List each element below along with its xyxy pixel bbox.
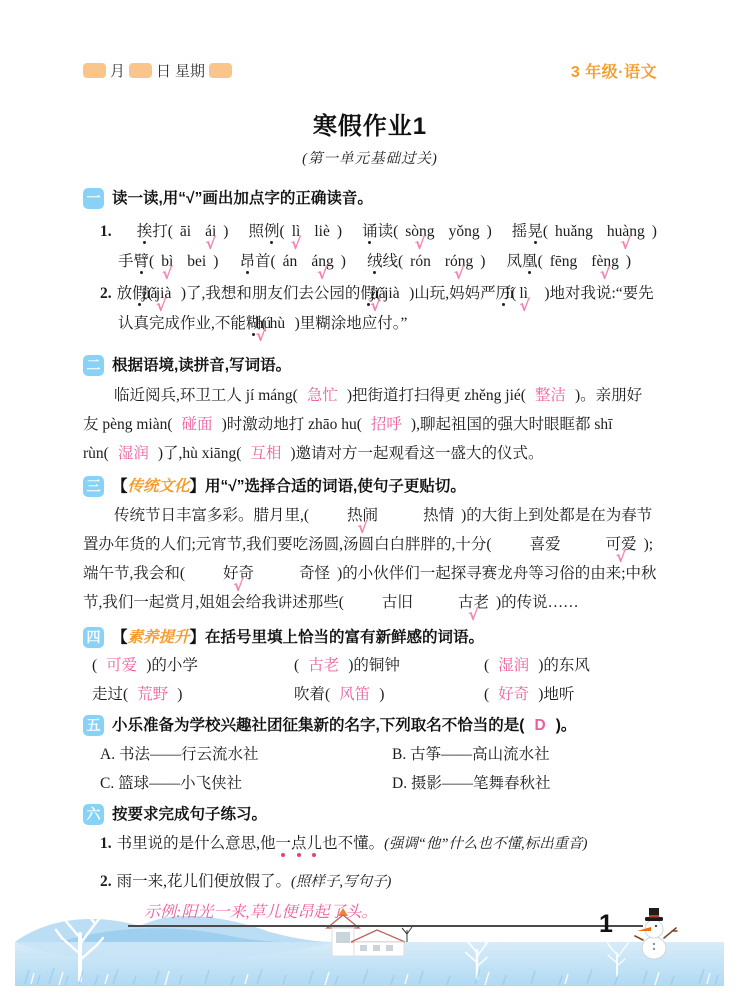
word-text: 摇 [512, 223, 528, 240]
section-5: 五 小乐准备为学校兴趣社团征集新的名字,下列取名不恰当的是(D)。 A. 书法—… [83, 715, 657, 798]
section-2-body: 临近阅兵,环卫工人 jí máng(急忙)把街道打扫得更 zhěng jié(整… [83, 381, 657, 468]
word-dotted-char: 绒 [367, 253, 383, 270]
pinyin: bì [161, 253, 173, 270]
section-5-heading: 小乐准备为学校兴趣社团征集新的名字,下列取名不恰当的是(D)。 [112, 715, 576, 736]
word-option: 热闹√ [316, 501, 378, 530]
option-word: 热闹 [347, 507, 378, 524]
option-word: 可爱 [606, 536, 637, 553]
answer-text: 湿润 [498, 657, 529, 674]
pinyin: fèng [591, 253, 619, 270]
pinyin: áng [311, 253, 333, 270]
section-1-body: 1. 挨打(āiái√) 照例(lì√liè) 诵读(sòng√yǒng) 摇晃… [83, 217, 657, 339]
word-text: 首 [255, 253, 271, 270]
word-item: 手臂(bì√bei) [118, 247, 218, 277]
section-2: 二 根据语境,读拼音,写词语。 临近阅兵,环卫工人 jí máng(急忙)把街道… [83, 355, 657, 468]
section-3: 三 【传统文化】用“√”选择合适的词语,使句子更贴切。 传统节日丰富多彩。腊月里… [83, 476, 657, 617]
section-3-header: 三 【传统文化】用“√”选择合适的词语,使句子更贴切。 [83, 476, 657, 497]
pinyin-option: āi [180, 217, 191, 247]
paren: ) [223, 223, 228, 240]
pinyin: lì [292, 223, 301, 240]
word-option: 可爱√ [575, 530, 637, 559]
paren: ( [280, 223, 285, 240]
word-option: 热情 [392, 501, 454, 530]
option-item: C. 篮球——小飞侠社 [100, 769, 392, 798]
paren: ) [626, 253, 631, 270]
bracket: 【 [112, 629, 128, 646]
section-4-body: (可爱)的小学 (古老)的铜钟 (湿润)的东风 走过(荒野) 吹着(风笛) (好… [83, 651, 657, 709]
worksheet-title: 寒假作业1 [83, 106, 657, 141]
pinyin: lì [519, 285, 528, 302]
option-word: 好奇 [223, 565, 254, 582]
section-5-badge: 五 [83, 715, 104, 736]
body-text: )把街道打扫得更 zhěng jié( [347, 387, 526, 404]
instruction-note: (强调“他”什么也不懂,标出重音) [384, 836, 587, 852]
emphasized-char: 点 [291, 835, 307, 852]
fill-blank-item: 走过(荒野) [92, 680, 294, 709]
worksheet-page: 月 日 星期 3 年级·语文 寒假作业1 (第一单元基础过关) 一 读一读,用“… [0, 0, 739, 999]
heading-text: 小乐准备为学校兴趣社团征集新的名字,下列取名不恰当的是( [112, 717, 524, 734]
fill-blank-item: 吹着(风笛) [294, 680, 484, 709]
word-dotted-char: 晃 [527, 223, 543, 240]
pinyin-option: huàng√ [607, 217, 645, 247]
option-word: 奇怪 [299, 565, 330, 582]
word-dotted-char: 挨 [137, 223, 153, 240]
item-number: 2. [100, 873, 112, 890]
answer-text: 整洁 [535, 387, 566, 404]
sentence-text: 放 [117, 285, 133, 302]
grade-subject-label: 3 年级·语文 [571, 59, 657, 82]
sentence-text: 了,我想和朋友们去公园的 [186, 285, 360, 302]
answer-text: 急忙 [307, 387, 338, 404]
snowman-hat-band [649, 915, 659, 918]
word-item: 挨打(āiái√) [137, 217, 229, 247]
emphasized-char: 儿 [307, 835, 323, 852]
house-roof [351, 930, 405, 942]
section-3-tag: 传统文化 [128, 478, 190, 495]
option-item: D. 摄影——笔舞春秋社 [392, 769, 657, 798]
answer-line: 示例:阳光一来,草儿便昂起了头。 [128, 900, 643, 927]
item-number: 1. [100, 835, 112, 852]
week-label: 星期 [175, 60, 205, 81]
option-word: 喜爱 [530, 536, 561, 553]
pinyin: huǎng [555, 223, 593, 240]
section-4-badge: 四 [83, 627, 104, 648]
paren: ) [337, 223, 342, 240]
section-5-header: 五 小乐准备为学校兴趣社团征集新的名字,下列取名不恰当的是(D)。 [83, 715, 657, 736]
section-4: 四 【素养提升】在括号里填上恰当的富有新鲜感的词语。 (可爱)的小学 (古老)的… [83, 627, 657, 709]
bracket: 】 [190, 629, 206, 646]
pinyin-option: fēng [550, 247, 578, 277]
word-option: 喜爱 [499, 530, 561, 559]
emphasized-char: 一 [276, 835, 292, 852]
pinyin: lí [505, 285, 514, 302]
paren: ( [168, 223, 173, 240]
word-item: 摇晃(huǎnghuàng√) [512, 217, 657, 247]
paren: ) [213, 253, 218, 270]
paren: ( [149, 253, 154, 270]
heading-text: 在括号里填上恰当的富有新鲜感的词语。 [205, 629, 484, 646]
exercise-item-1: 1.书里说的是什么意思,他一点儿也不懂。(强调“他”什么也不懂,标出重音) [100, 829, 657, 859]
snowman-arm-right [664, 928, 677, 938]
word-item: 诵读(sòng√yǒng) [362, 217, 492, 247]
body-text: )了,hù xiāng( [158, 445, 242, 462]
word-text: 打 [152, 223, 168, 240]
sentence-text: 里糊涂地应付。” [300, 315, 408, 332]
body-text: 临近阅兵,环卫工人 jí máng( [114, 387, 298, 404]
pinyin: āi [180, 223, 191, 240]
day-blank [129, 63, 152, 78]
word-option: 古旧 [351, 588, 413, 617]
pinyin-option: áng√ [311, 247, 333, 277]
word-dotted-char: 臂 [134, 253, 150, 270]
section-6-header: 六 按要求完成句子练习。 [83, 804, 657, 825]
paren: ( [538, 253, 543, 270]
paren: ) [487, 223, 492, 240]
section-3-body: 传统节日丰富多彩。腊月里,(热闹√热情)的大街上到处都是在为春节置办年货的人们;… [83, 501, 657, 617]
word-text: 读 [378, 223, 394, 240]
instruction-note: (照样子,写句子) [291, 874, 391, 890]
pinyin: rón [410, 253, 431, 270]
section-3-heading: 【传统文化】用“√”选择合适的词语,使句子更贴切。 [112, 476, 466, 497]
body-text: )时激动地打 zhāo hu( [222, 416, 362, 433]
answer-text: 招呼 [371, 416, 402, 433]
pinyin-option: bei [187, 247, 206, 277]
word-option: 古老√ [427, 588, 489, 617]
cell-text: )的小学 [146, 657, 198, 674]
option-item: B. 古筝——高山流水社 [392, 740, 657, 769]
pinyin-option: huǎng [555, 217, 593, 247]
worksheet-subtitle: (第一单元基础过关) [83, 147, 657, 168]
pinyin-option: yǒng [449, 217, 480, 247]
month-label: 月 [110, 60, 125, 81]
section-6-body: 1.书里说的是什么意思,他一点儿也不懂。(强调“他”什么也不懂,标出重音) 2.… [83, 829, 657, 897]
pinyin-option: rón [410, 247, 431, 277]
pinyin: ái [205, 223, 216, 240]
pinyin: fēng [550, 253, 578, 270]
body-text: )邀请对方一起观看这一盛大的仪式。 [290, 445, 543, 462]
cell-text: 走过( [92, 686, 128, 703]
paren: ( [393, 223, 398, 240]
section-2-heading: 根据语境,读拼音,写词语。 [112, 355, 291, 376]
pinyin-option: sòng√ [405, 217, 434, 247]
cell-text: ( [484, 657, 489, 674]
section-6-badge: 六 [83, 804, 104, 825]
word-dotted-char: 诵 [362, 223, 378, 240]
section-1-badge: 一 [83, 188, 104, 209]
snowman [633, 906, 681, 960]
item-number: 1. [100, 217, 112, 247]
option-word: 古旧 [382, 594, 413, 611]
month-blank [83, 63, 106, 78]
page-number: 1 [599, 910, 613, 939]
answer-text: 碰面 [182, 416, 213, 433]
page-header: 月 日 星期 3 年级·语文 [83, 60, 657, 80]
section-5-options: A. 书法——行云流水社 B. 古筝——高山流水社 C. 篮球——小飞侠社 D.… [83, 740, 657, 798]
pinyin: hù [270, 315, 286, 332]
word-item: 昂首(ánáng√) [239, 247, 345, 277]
answer-letter: D [534, 717, 545, 734]
pinyin-option: fèng√ [591, 247, 619, 277]
word-item: 凤凰(fēngfèng√) [507, 247, 631, 277]
paren: ( [398, 253, 403, 270]
paren: ) [341, 253, 346, 270]
steeple-window [336, 932, 350, 943]
word-dotted-char: 例 [264, 223, 280, 240]
pinyin: án [283, 253, 298, 270]
body-text: )的传说…… [496, 594, 579, 611]
body-text: 传统节日丰富多彩。腊月里,( [114, 507, 309, 524]
word-dotted-char: 昂 [239, 253, 255, 270]
pinyin-option: lì√ [292, 217, 301, 247]
answer-text: 荒野 [137, 686, 168, 703]
paren: ( [543, 223, 548, 240]
word-text: 手 [118, 253, 134, 270]
pinyin: róng [445, 253, 473, 270]
word-item: 绒线(rónróng√) [367, 247, 485, 277]
snowman-arm-left [635, 936, 643, 940]
word-item: 照例(lì√liè) [249, 217, 343, 247]
word-row-1: 1. 挨打(āiái√) 照例(lì√liè) 诵读(sòng√yǒng) 摇晃… [100, 217, 657, 247]
word-text: 照 [249, 223, 265, 240]
section-1-heading: 读一读,用“√”画出加点字的正确读音。 [112, 188, 373, 209]
answer-text: 风笛 [339, 686, 370, 703]
sentence-text: 书里说的是什么意思,他 [117, 835, 276, 852]
cell-text: 吹着( [294, 686, 330, 703]
cell-text: ) [177, 686, 182, 703]
pinyin: sòng [405, 223, 434, 240]
word-option: 好奇√ [192, 559, 254, 588]
section-6: 六 按要求完成句子练习。 1.书里说的是什么意思,他一点儿也不懂。(强调“他”什… [83, 804, 657, 927]
paren: ( [271, 253, 276, 270]
fill-blank-item: (好奇)地听 [484, 680, 657, 709]
answer-text: 互相 [250, 445, 281, 462]
fill-blank-item: (湿润)的东风 [484, 651, 657, 680]
cell-text: ( [484, 686, 489, 703]
item-number: 2. [100, 285, 112, 302]
option-item: A. 书法——行云流水社 [100, 740, 392, 769]
bracket: 【 [112, 478, 128, 495]
section-4-header: 四 【素养提升】在括号里填上恰当的富有新鲜感的词语。 [83, 627, 657, 648]
pinyin: bei [187, 253, 206, 270]
day-label: 日 [156, 60, 171, 81]
cell-text: ( [294, 657, 299, 674]
section-3-badge: 三 [83, 476, 104, 497]
worksheet-content: 月 日 星期 3 年级·语文 寒假作业1 (第一单元基础过关) 一 读一读,用“… [83, 60, 657, 927]
word-dotted-char: 凰 [522, 253, 538, 270]
word-text: 凤 [507, 253, 523, 270]
word-option: 奇怪 [268, 559, 330, 588]
cell-text: )的东风 [538, 657, 590, 674]
answer-text: 示例:阳光一来,草儿便昂起了头。 [144, 904, 377, 921]
section-6-heading: 按要求完成句子练习。 [112, 804, 267, 825]
sentence-text: 雨一来,花儿们便放假了。 [117, 873, 291, 890]
sentence-item: 2.放假(jiǎjià√)了,我想和朋友们去公园的假(jiǎ√jià)山玩,妈妈… [100, 279, 657, 339]
section-2-header: 二 根据语境,读拼音,写词语。 [83, 355, 657, 376]
pinyin-option: án [283, 247, 298, 277]
pinyin-option: liè [314, 217, 330, 247]
pinyin-option: ái√ [205, 217, 216, 247]
answer-text: 古老 [308, 657, 339, 674]
section-4-heading: 【素养提升】在括号里填上恰当的富有新鲜感的词语。 [112, 627, 484, 648]
section-1: 一 读一读,用“√”画出加点字的正确读音。 1. 挨打(āiái√) 照例(lì… [83, 188, 657, 339]
answer-text: 湿润 [118, 445, 149, 462]
section-1-header: 一 读一读,用“√”画出加点字的正确读音。 [83, 188, 657, 209]
paren: ) [480, 253, 485, 270]
sentence-text: 山玩,妈妈严 [414, 285, 495, 302]
pinyin: liè [314, 223, 330, 240]
word-text: 线 [382, 253, 398, 270]
heading-text: )。 [556, 717, 577, 734]
house-tree-twig [402, 927, 412, 942]
pinyin: jià [156, 285, 172, 302]
word-row-2: 手臂(bì√bei) 昂首(ánáng√) 绒线(rónróng√) 凤凰(fē… [100, 247, 657, 277]
cell-text: ) [379, 686, 384, 703]
answer-text: 好奇 [498, 686, 529, 703]
answer-text: 可爱 [106, 657, 137, 674]
pinyin: huàng [607, 223, 645, 240]
fill-blank-item: (可爱)的小学 [92, 651, 294, 680]
heading-text: 用“√”选择合适的词语,使句子更贴切。 [205, 478, 466, 495]
section-2-badge: 二 [83, 355, 104, 376]
cell-text: )的铜钟 [348, 657, 400, 674]
cell-text: ( [92, 657, 97, 674]
cell-text: )地听 [538, 686, 574, 703]
pinyin-option: róng√ [445, 247, 473, 277]
pinyin-option: bì√ [161, 247, 173, 277]
sentence-text: 也不懂。 [322, 835, 384, 852]
exercise-item-2: 2.雨一来,花儿们便放假了。(照样子,写句子) [100, 867, 657, 897]
option-word: 热情 [423, 507, 454, 524]
pinyin: yǒng [449, 223, 480, 240]
date-line: 月 日 星期 [83, 60, 232, 81]
option-word: 古老 [458, 594, 489, 611]
paren: ) [652, 223, 657, 240]
fill-blank-item: (古老)的铜钟 [294, 651, 484, 680]
bracket: 】 [190, 478, 206, 495]
section-4-tag: 素养提升 [128, 629, 190, 646]
pinyin: jià [384, 285, 400, 302]
week-blank [209, 63, 232, 78]
